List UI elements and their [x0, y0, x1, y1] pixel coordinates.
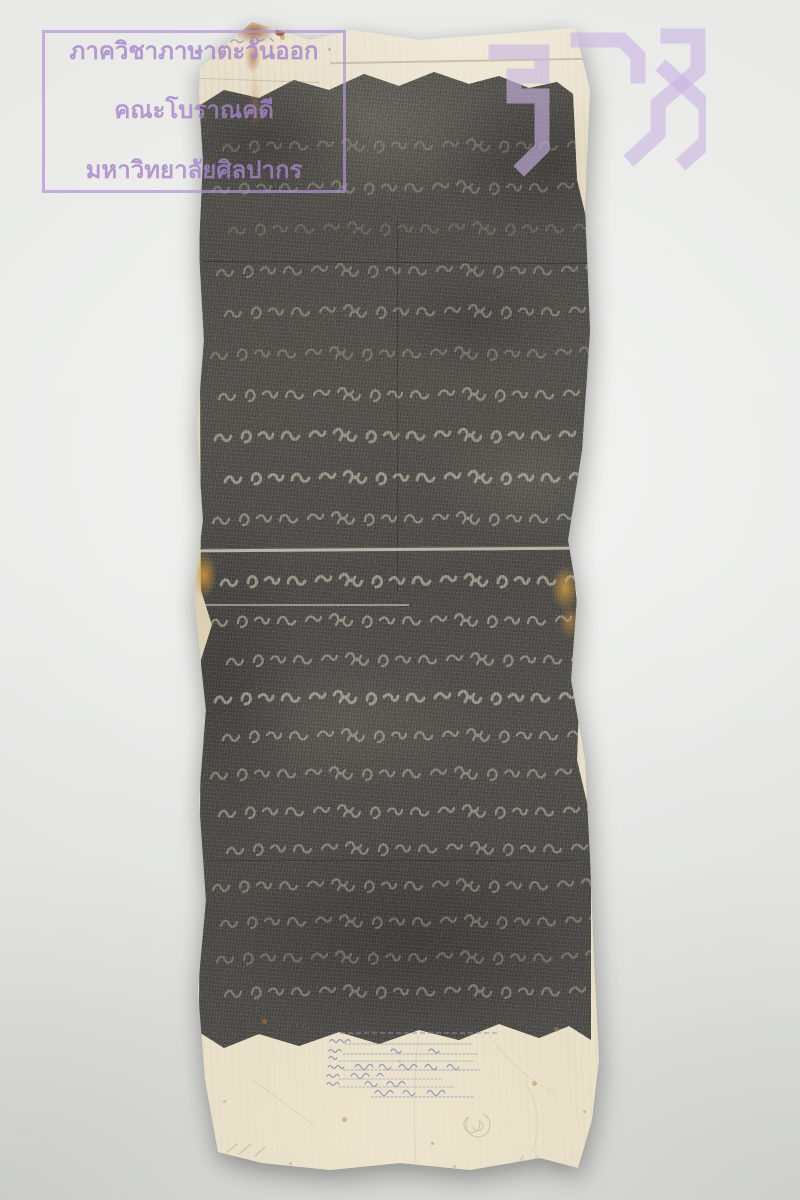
rubbing-paper-wrapper [0, 0, 800, 1200]
faint-pink-mark [515, 1156, 537, 1170]
catalog-form-handwriting [327, 1040, 480, 1098]
rubbing-texture-and-script [199, 60, 591, 1060]
inscription-script-rows [211, 139, 591, 998]
rust-stain [233, 18, 275, 44]
rust-stain [275, 28, 285, 36]
rust-stain [245, 40, 261, 74]
pencil-number-note [227, 1144, 265, 1156]
rubbing-paper [193, 20, 601, 1172]
crease-lines [253, 1035, 555, 1165]
top-corner-ink-note [211, 37, 273, 58]
pencil-spiral-mark [464, 1114, 490, 1137]
photo-backdrop: ภาควิชาภาษาตะวันออก คณะโบราณคดี มหาวิทยา… [0, 0, 800, 1200]
foxing-spots [193, 20, 196, 23]
fold-line [330, 58, 592, 65]
ink-rubbing-area [199, 60, 591, 1060]
vertical-sheet-seam [397, 220, 398, 590]
